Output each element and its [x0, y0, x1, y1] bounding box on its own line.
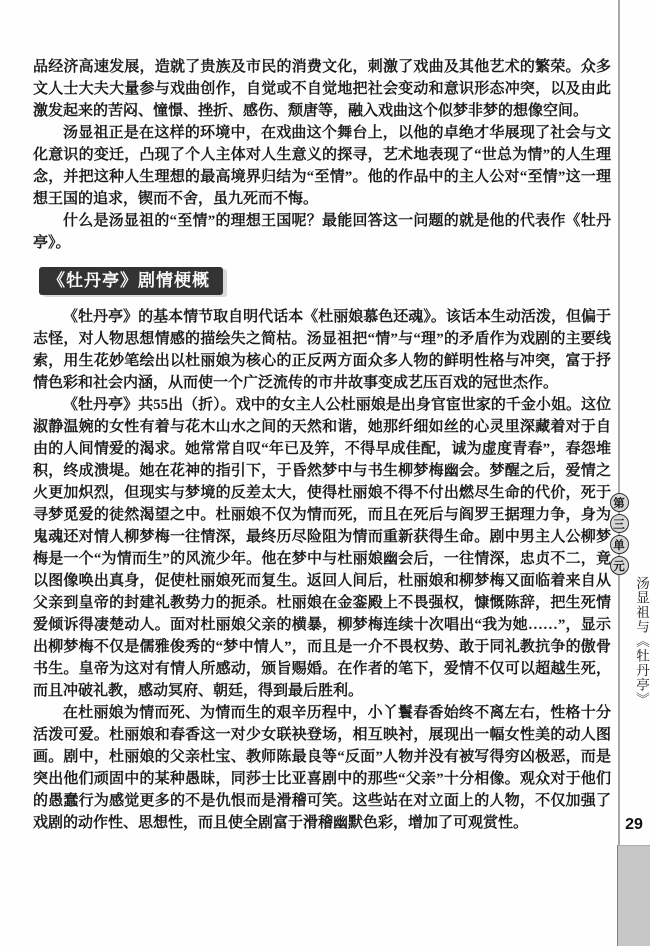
unit-badge-char: 第: [610, 493, 629, 512]
unit-badge-char: 单: [610, 535, 629, 554]
book-page: 品经济高速发展，造就了贵族及市民的消费文化，刺激了戏曲及其他艺术的繁荣。众多文人…: [0, 0, 650, 946]
body-paragraph: 汤显祖正是在这样的环境中，在戏曲这个舞台上，以他的卓绝才华展现了社会与文化意识的…: [33, 122, 611, 210]
main-text-column: 品经济高速发展，造就了贵族及市民的消费文化，刺激了戏曲及其他艺术的繁荣。众多文人…: [33, 56, 611, 834]
unit-badge-char: 三: [610, 514, 629, 533]
body-paragraph: 在杜丽娘为情而死、为情而生的艰辛历程中，小丫鬟春香始终不离左右，性格十分活泼可爱…: [33, 702, 611, 834]
unit-title-vertical: 汤显祖与《牡丹亭》: [631, 576, 650, 766]
body-paragraph: 什么是汤显祖的“至情”的理想王国呢？最能回答这一问题的就是他的代表作《牡丹亭》。: [33, 210, 611, 254]
sidebar-divider-rule: [618, 0, 620, 845]
section-heading: 《牡丹亭》剧情梗概: [39, 267, 223, 295]
continued-paragraph: 品经济高速发展，造就了贵族及市民的消费文化，刺激了戏曲及其他艺术的繁荣。众多文人…: [33, 56, 611, 122]
unit-number-badges: 第 三 单 元: [609, 493, 629, 575]
page-number: 29: [618, 816, 650, 834]
body-paragraph: 《牡丹亭》共55出（折）。戏中的女主人公杜丽娘是出身官宦世家的千金小姐。这位淑静…: [33, 394, 611, 702]
page-corner-tab: [617, 845, 650, 946]
body-paragraph: 《牡丹亭》的基本情节取自明代话本《杜丽娘慕色还魂》。该话本生动活泼，但偏于志怪，…: [33, 306, 611, 394]
unit-badge-char: 元: [610, 556, 629, 575]
